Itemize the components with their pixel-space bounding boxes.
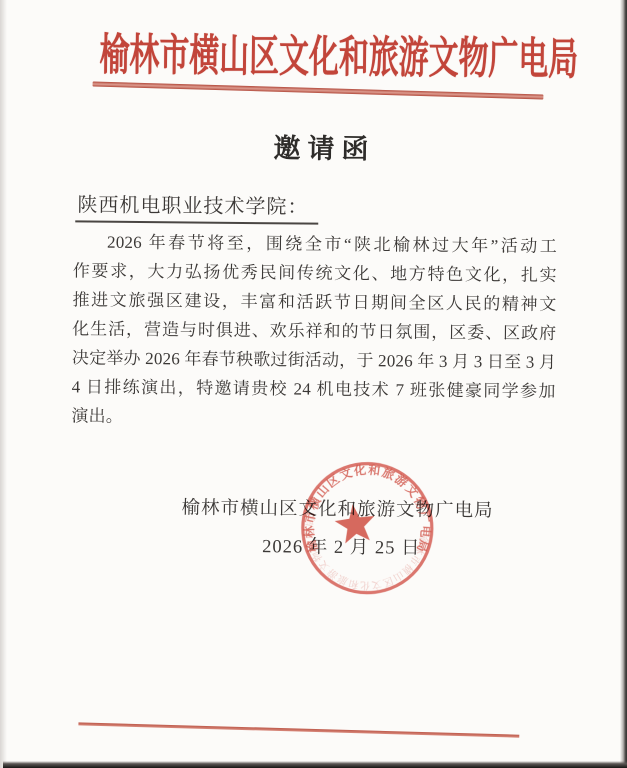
- body-line: 作要求，大力弘扬优秀民间传统文化、地方特色文化，扎实: [73, 256, 557, 290]
- letterhead: 榆林市横山区文化和旅游文物广电局: [0, 18, 627, 88]
- body-line: 2026 年春节将至，围绕全市“陕北榆林过大年”活动工: [73, 227, 557, 261]
- footer-rule: [78, 722, 519, 737]
- document-title: 邀请函: [11, 124, 627, 169]
- seal-star-icon: [334, 504, 374, 544]
- body-line: 推进文旅强区建设，丰富和活跃节日期间全区人民的精神文: [72, 285, 556, 319]
- addressee-line: 陕西机电职业技术学院：: [75, 188, 318, 224]
- body-paragraph: 2026 年春节将至，围绕全市“陕北榆林过大年”活动工作要求，大力弘扬优秀民间传…: [71, 227, 557, 435]
- scan-edge-left: [0, 0, 7, 768]
- official-seal: 榆林市横山区文化和旅游文物广电局 榆林市横山区文化和旅游文物广电局: [292, 452, 443, 603]
- invitation-letter-page: 榆林市横山区文化和旅游文物广电局 邀请函 陕西机电职业技术学院： 2026 年春…: [0, 0, 627, 768]
- page-content: 榆林市横山区文化和旅游文物广电局 邀请函 陕西机电职业技术学院： 2026 年春…: [0, 0, 627, 768]
- letterhead-title: 榆林市横山区文化和旅游文物广电局: [99, 19, 578, 88]
- seal-arc-text: 榆林市横山区文化和旅游文物广电局: [301, 461, 434, 555]
- body-line: 决定举办 2026 年春节秧歌过街活动，于 2026 年 3 月 3 日至 3 …: [72, 343, 556, 377]
- body-line: 化生活，营造与时俱进、欢乐祥和的节日氛围，区委、区政府: [72, 314, 556, 348]
- scan-edge-bottom: [3, 761, 627, 768]
- scan-edge-right: [620, 0, 627, 768]
- body-line: 4 日排练演出，特邀请贵校 24 机电技术 7 班张健豪同学参加: [72, 372, 556, 406]
- body-line: 演出。: [71, 401, 555, 435]
